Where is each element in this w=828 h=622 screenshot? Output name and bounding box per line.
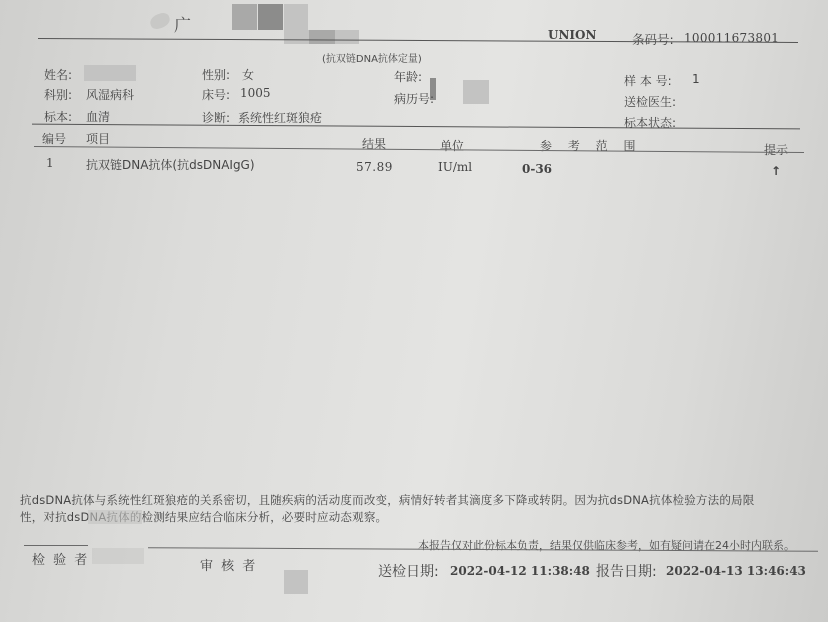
reviewer-label: 审 核 者: [200, 555, 257, 574]
bed-value: 1005: [240, 86, 271, 100]
redacted-tester: [92, 548, 144, 564]
column-header-item: 项目: [86, 130, 110, 147]
signature-line-tester: [24, 545, 88, 546]
row-result: 57.89: [356, 160, 393, 174]
redacted-text: [88, 510, 142, 524]
sample-no-value: 1: [692, 72, 700, 86]
hospital-name-prefix: 广: [174, 11, 191, 36]
report-subtitle: (抗双链DNA抗体定量): [322, 50, 422, 65]
row-unit: IU/ml: [438, 160, 472, 174]
report-date-label: 报告日期:: [596, 561, 657, 581]
record-no-label: 病历号:: [394, 90, 434, 107]
redacted-hospital-name: [309, 30, 335, 44]
redacted-patient-name: [84, 65, 136, 81]
row-no: 1: [46, 156, 54, 170]
redacted-hospital-name: [284, 30, 309, 44]
high-flag-arrow-icon: ↑: [771, 164, 781, 178]
redacted-hospital-name: [258, 4, 283, 30]
column-header-flag: 提示: [764, 141, 788, 158]
age-label: 年龄:: [394, 68, 422, 85]
redacted-hospital-name: [284, 4, 308, 30]
redacted-record-no: [463, 80, 489, 104]
specimen-value: 血清: [86, 108, 110, 125]
row-reference: 0-36: [522, 162, 552, 176]
redacted-hospital-name: [232, 4, 257, 30]
interpretation-line-2: 性，对抗dsDNA抗体的检测结果应结合临床分析，必要时应动态观察。: [20, 509, 387, 525]
table-header-divider: [34, 146, 804, 153]
bed-label: 床号:: [202, 86, 230, 103]
column-header-no: 编号: [42, 130, 66, 147]
name-label: 姓名:: [44, 66, 72, 83]
interpretation-line-1: 抗dsDNA抗体与系统性红斑狼疮的关系密切，且随疾病的活动度而改变，病情好转者其…: [20, 492, 754, 508]
department-label: 科别:: [44, 86, 72, 103]
redacted-reviewer: [284, 570, 308, 594]
specimen-label: 标本:: [44, 108, 72, 125]
submit-date-label: 送检日期:: [378, 561, 439, 581]
diagnosis-value: 系统性红斑狼疮: [238, 109, 322, 126]
patient-info-divider: [32, 124, 800, 130]
diagnosis-label: 诊断:: [202, 109, 230, 126]
column-header-unit: 单位: [440, 137, 464, 154]
department-value: 风湿病科: [86, 86, 134, 103]
hospital-logo-icon: [148, 11, 172, 31]
gender-label: 性别:: [202, 66, 230, 83]
submit-date-value: 2022-04-12 11:38:48: [450, 564, 590, 578]
row-item: 抗双链DNA抗体(抗dsDNAIgG): [86, 156, 255, 173]
sample-no-label: 样 本 号:: [624, 72, 672, 89]
barcode-label: 条码号:: [632, 30, 674, 48]
tester-label: 检 验 者: [32, 549, 89, 568]
redacted-hospital-name: [335, 30, 359, 44]
report-date-value: 2022-04-13 13:46:43: [666, 564, 806, 578]
gender-value: 女: [242, 66, 254, 83]
barcode-value: 100011673801: [684, 31, 779, 45]
doctor-label: 送检医生:: [624, 93, 676, 110]
